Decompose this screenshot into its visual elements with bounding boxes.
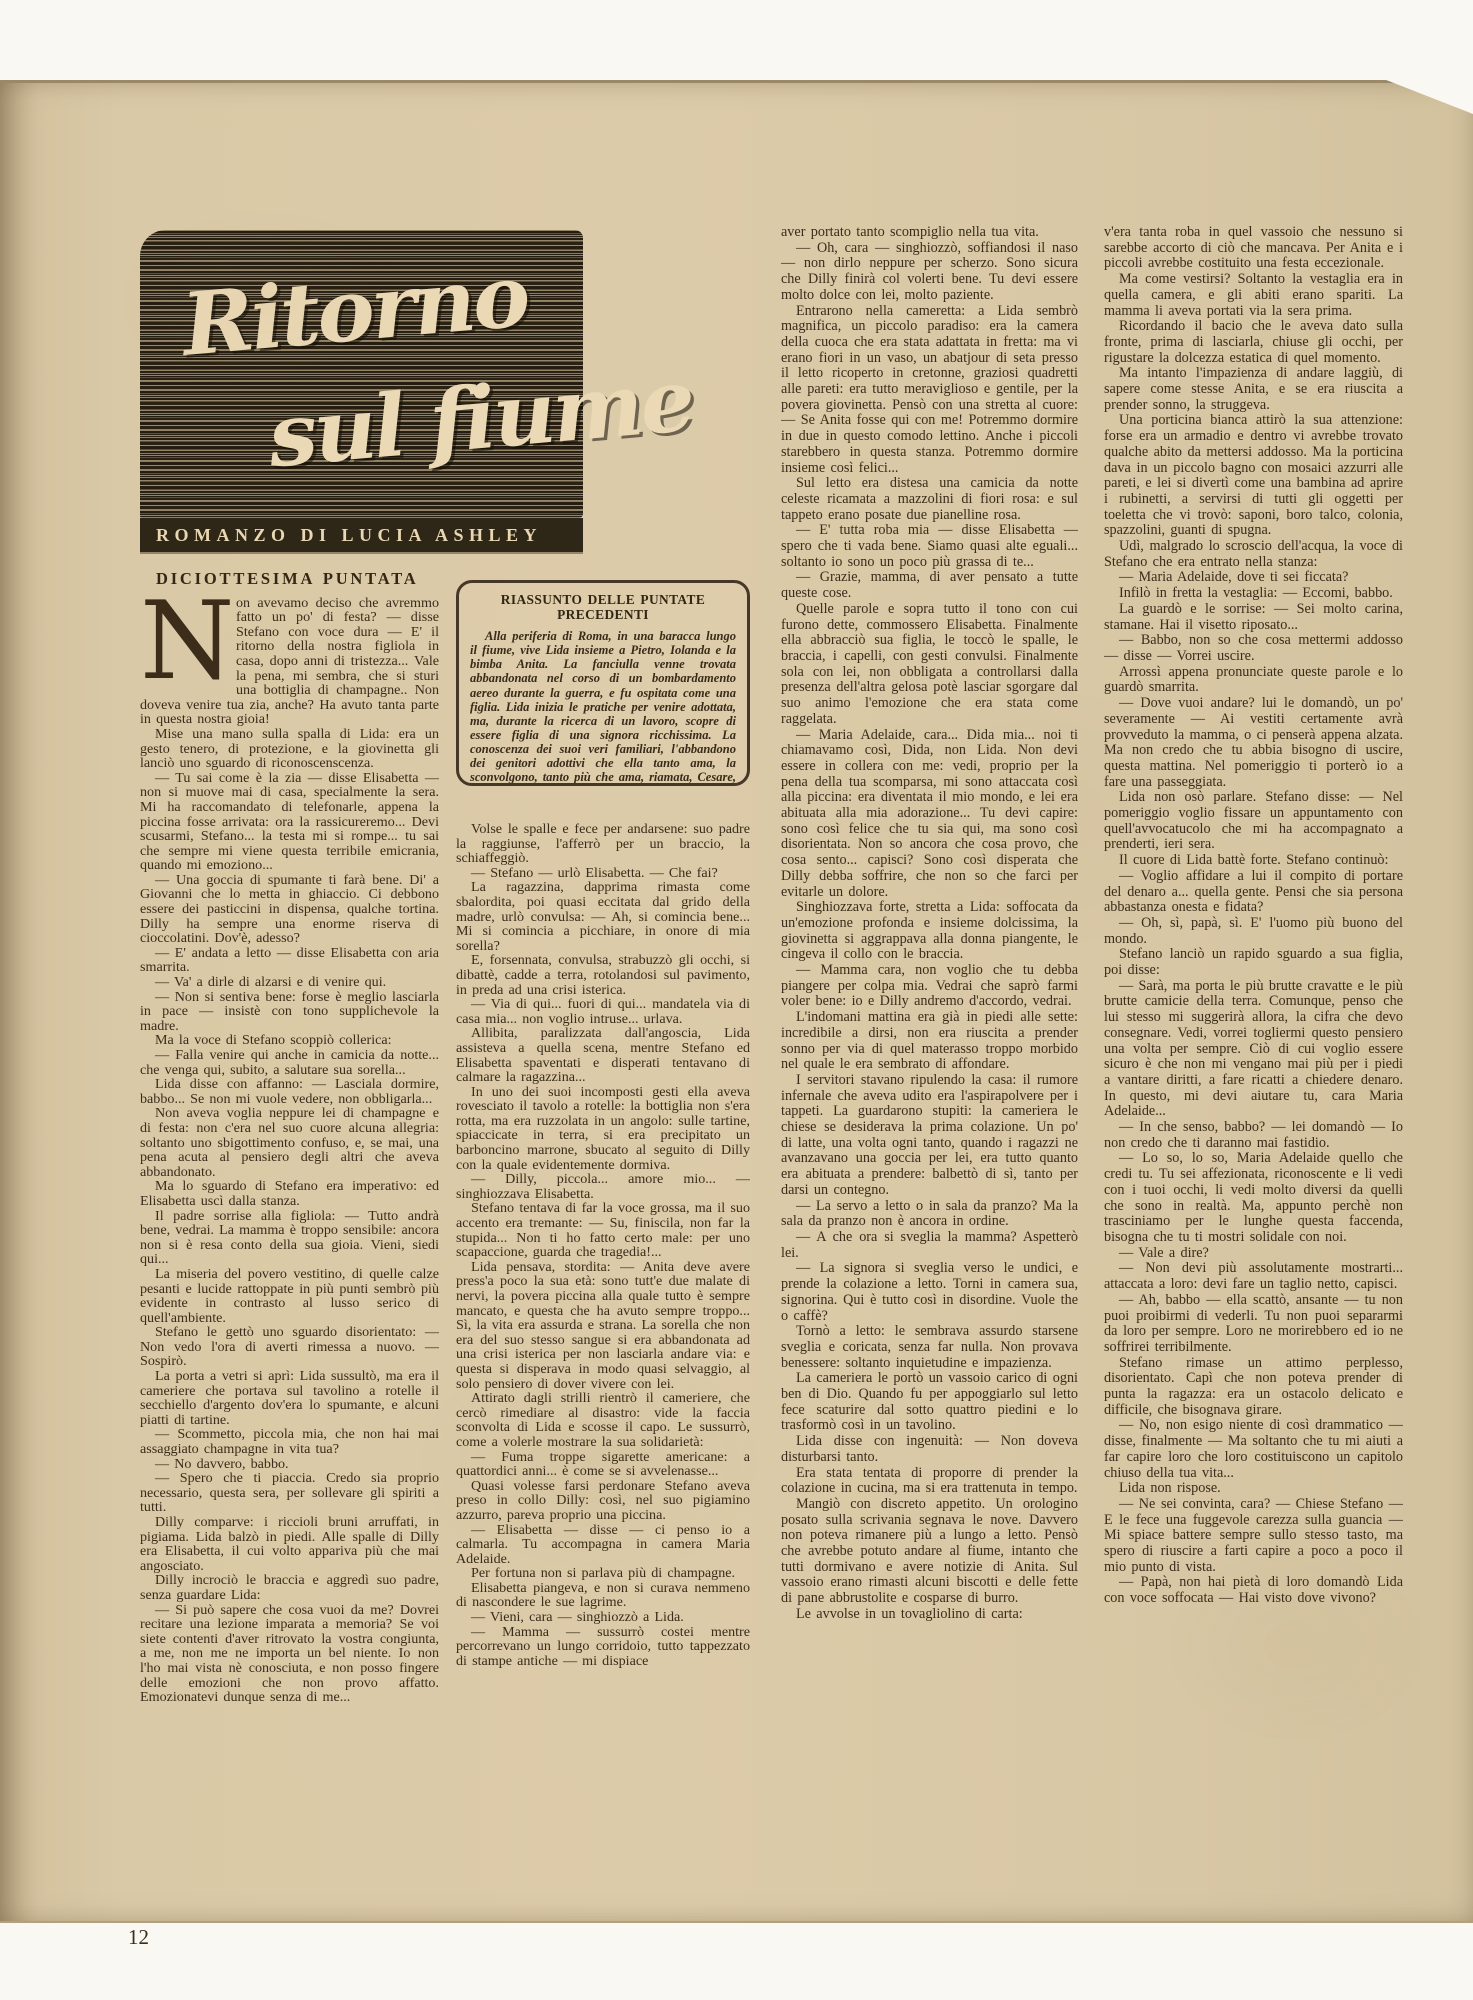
body-paragraph: Quelle parole e sopra tutto il tono con … — [781, 602, 1078, 728]
text-column-3: aver portato tanto scompiglio nella tua … — [781, 225, 1078, 1919]
body-paragraph: — Scommetto, piccola mia, che non hai ma… — [140, 1427, 439, 1456]
body-paragraph: — Stefano — urlò Elisabetta. — Che fai? — [456, 866, 750, 881]
body-paragraph: — No, non esigo niente di così drammatic… — [1104, 1418, 1403, 1481]
body-paragraph: Stefano tentava di far la voce grossa, m… — [456, 1201, 750, 1259]
body-paragraph: Singhiozzava forte, stretta a Lida: soff… — [781, 900, 1078, 963]
body-paragraph: Allibita, paralizzata dall'angoscia, Lid… — [456, 1026, 750, 1084]
dropcap-initial: N — [140, 599, 228, 685]
text-column-1: DICIOTTESIMA PUNTATA Non avevamo deciso … — [140, 572, 439, 1920]
body-paragraph: Mise una mano sulla spalla di Lida: era … — [140, 727, 439, 771]
body-paragraph: La cameriera le portò un vassoio carico … — [781, 1371, 1078, 1434]
body-paragraph: Ma la voce di Stefano scoppiò collerica: — [140, 1033, 439, 1048]
body-paragraph: v'era tanta roba in quel vassoio che nes… — [1104, 225, 1403, 272]
body-paragraph: Volse le spalle e fece per andarsene: su… — [456, 822, 750, 866]
body-paragraph: — Babbo, non so che cosa mettermi addoss… — [1104, 633, 1403, 664]
body-paragraph: Dilly incrociò le braccia e aggredì suo … — [140, 1573, 439, 1602]
body-paragraph: Ma come vestirsi? Soltanto la vestaglia … — [1104, 272, 1403, 319]
body-paragraph: Lida non rispose. — [1104, 1481, 1403, 1497]
body-paragraph: — Una goccia di spumante ti farà bene. D… — [140, 873, 439, 946]
body-paragraph: — Mamma cara, non voglio che tu debba pi… — [781, 963, 1078, 1010]
body-paragraph: — Falla venire qui anche in camicia da n… — [140, 1048, 439, 1077]
body-paragraph: Le avvolse in un tovagliolino di carta: — [781, 1607, 1078, 1623]
body-paragraph: — E' andata a letto — disse Elisabetta c… — [140, 946, 439, 975]
opening-paragraph: Non avevamo deciso che avremmo fatto un … — [140, 596, 439, 727]
body-paragraph: Attirato dagli strilli rientrò il cameri… — [456, 1391, 750, 1449]
body-paragraph: Era stata tentata di proporre di prender… — [781, 1466, 1078, 1497]
body-paragraph: aver portato tanto scompiglio nella tua … — [781, 225, 1078, 241]
body-paragraph: — Vale a dire? — [1104, 1246, 1403, 1262]
text-column-2: RIASSUNTO DELLE PUNTATE PRECEDENTI Alla … — [456, 580, 750, 1920]
body-paragraph: Ma intanto l'impazienza di andare laggiù… — [1104, 366, 1403, 413]
body-paragraph: L'indomani mattina era già in piedi alle… — [781, 1010, 1078, 1073]
serial-title-line2: sul fiume — [264, 350, 696, 488]
byline-bar: ROMANZO DI LUCIA ASHLEY — [140, 518, 583, 552]
body-paragraph: Stefano rimase un attimo perplesso, diso… — [1104, 1356, 1403, 1419]
body-paragraph: Il cuore di Lida battè forte. Stefano co… — [1104, 853, 1403, 869]
serial-title-line1: Ritorno — [178, 245, 531, 376]
paragraph-list-3: aver portato tanto scompiglio nella tua … — [781, 225, 1078, 1623]
body-paragraph: E, forsennata, convulsa, strabuzzò gli o… — [456, 953, 750, 997]
body-paragraph: — In che senso, babbo? — lei domandò — I… — [1104, 1120, 1403, 1151]
body-paragraph: La miseria del povero vestitino, di quel… — [140, 1267, 439, 1325]
body-paragraph: Non aveva voglia neppure lei di champagn… — [140, 1106, 439, 1179]
body-paragraph: — Oh, cara — singhiozzò, soffiandosi il … — [781, 241, 1078, 304]
body-paragraph: Il padre sorrise alla figliola: — Tutto … — [140, 1209, 439, 1267]
body-paragraph: — Papà, non hai pietà di loro domandò Li… — [1104, 1575, 1403, 1606]
body-paragraph: La porta a vetri si aprì: Lida sussultò,… — [140, 1369, 439, 1427]
body-paragraph: — Voglio affidare a lui il compito di po… — [1104, 869, 1403, 916]
byline-text: ROMANZO DI LUCIA ASHLEY — [156, 525, 542, 546]
paragraph-list-1: Mise una mano sulla spalla di Lida: era … — [140, 727, 439, 1705]
body-paragraph: — Dove vuoi andare? lui le domandò, un p… — [1104, 696, 1403, 790]
body-paragraph: — Ne sei convinta, cara? — Chiese Stefan… — [1104, 1497, 1403, 1576]
body-paragraph: — A che ora si sveglia la mamma? Aspette… — [781, 1230, 1078, 1261]
body-paragraph: — Va' a dirle di alzarsi e di venire qui… — [140, 975, 439, 990]
body-paragraph: — Maria Adelaide, dove ti sei ficcata? — [1104, 570, 1403, 586]
body-paragraph: I servitori stavano ripulendo la casa: i… — [781, 1073, 1078, 1199]
body-paragraph: — Fuma troppe sigarette americane: a qua… — [456, 1450, 750, 1479]
body-paragraph: — Spero che ti piaccia. Credo sia propri… — [140, 1471, 439, 1515]
body-paragraph: — La signora si sveglia verso le undici,… — [781, 1261, 1078, 1324]
body-paragraph: — E' tutta roba mia — disse Elisabetta —… — [781, 523, 1078, 570]
body-paragraph: — Via di qui... fuori di qui... mandatel… — [456, 997, 750, 1026]
body-paragraph: Entrarono nella cameretta: a Lida sembrò… — [781, 304, 1078, 477]
body-paragraph: Dilly comparve: i riccioli bruni arruffa… — [140, 1515, 439, 1573]
body-paragraph: Ma lo sguardo di Stefano era imperativo:… — [140, 1179, 439, 1208]
body-paragraph: — Vieni, cara — singhiozzò a Lida. — [456, 1610, 750, 1625]
body-paragraph: — Tu sai come è la zia — disse Elisabett… — [140, 771, 439, 873]
body-paragraph: In uno dei suoi incomposti gesti ella av… — [456, 1085, 750, 1173]
body-paragraph: — Elisabetta — disse — ci penso io a cal… — [456, 1523, 750, 1567]
body-paragraph: Infilò in fretta la vestaglia: — Eccomi,… — [1104, 586, 1403, 602]
body-paragraph: — Non devi più assolutamente mostrarti..… — [1104, 1261, 1403, 1292]
summary-box-body: Alla periferia di Roma, in una baracca l… — [470, 629, 736, 786]
body-paragraph: Lida disse con ingenuità: — Non doveva d… — [781, 1434, 1078, 1465]
serial-title-art: Ritorno sul fiume — [140, 230, 583, 518]
body-paragraph: Sul letto era distesa una camicia da not… — [781, 476, 1078, 523]
body-paragraph: — Si può sapere che cosa vuoi da me? Dov… — [140, 1603, 439, 1705]
body-paragraph: Per fortuna non si parlava più di champa… — [456, 1566, 750, 1581]
body-paragraph: Ricordando il bacio che le aveva dato su… — [1104, 319, 1403, 366]
summary-box-title: RIASSUNTO DELLE PUNTATE PRECEDENTI — [470, 593, 736, 622]
body-paragraph: — Mamma — sussurrò costei mentre percorr… — [456, 1625, 750, 1669]
page-number: 12 — [128, 1925, 149, 1950]
body-paragraph: — Non si sentiva bene: forse è meglio la… — [140, 990, 439, 1034]
body-paragraph: Lida non osò parlare. Stefano disse: — N… — [1104, 790, 1403, 853]
body-paragraph: Lida pensava, stordita: — Anita deve ave… — [456, 1260, 750, 1391]
body-paragraph: Quasi volesse farsi perdonare Stefano av… — [456, 1479, 750, 1523]
installment-heading: DICIOTTESIMA PUNTATA — [156, 572, 439, 587]
body-paragraph: — Sarà, ma porta le più brutte cravatte … — [1104, 979, 1403, 1120]
body-paragraph: Tornò a letto: le sembrava assurdo stars… — [781, 1324, 1078, 1371]
body-paragraph: — Oh, sì, papà, sì. E' l'uomo più buono … — [1104, 916, 1403, 947]
paragraph-list-4: v'era tanta roba in quel vassoio che nes… — [1104, 225, 1403, 1607]
body-paragraph: — No davvero, babbo. — [140, 1457, 439, 1472]
scanned-magazine-page: Ritorno sul fiume ROMANZO DI LUCIA ASHLE… — [0, 0, 1473, 2000]
body-paragraph: — La servo a letto o in sala da pranzo? … — [781, 1199, 1078, 1230]
body-paragraph: La ragazzina, dapprima rimasta come sbal… — [456, 880, 750, 953]
paragraph-list-2: Volse le spalle e fece per andarsene: su… — [456, 822, 750, 1668]
body-paragraph: Stefano lanciò un rapido sguardo a sua f… — [1104, 947, 1403, 978]
body-paragraph: — Ah, babbo — ella scattò, ansante — tu … — [1104, 1293, 1403, 1356]
body-paragraph: Stefano le gettò uno sguardo disorientat… — [140, 1325, 439, 1369]
body-paragraph: — Lo so, lo so, Maria Adelaide quello ch… — [1104, 1151, 1403, 1245]
body-paragraph: — Grazie, mamma, di aver pensato a tutte… — [781, 570, 1078, 601]
body-paragraph: La guardò e le sorrise: — Sei molto cari… — [1104, 602, 1403, 633]
body-paragraph: Udì, malgrado lo scroscio dell'acqua, la… — [1104, 539, 1403, 570]
page-paper: Ritorno sul fiume ROMANZO DI LUCIA ASHLE… — [0, 80, 1473, 1923]
body-paragraph: — Dilly, piccola... amore mio... — singh… — [456, 1172, 750, 1201]
body-paragraph: Una porticina bianca attirò la sua atten… — [1104, 413, 1403, 539]
body-paragraph: — Maria Adelaide, cara... Dida mia... no… — [781, 728, 1078, 901]
body-paragraph: Elisabetta piangeva, e non si curava nem… — [456, 1581, 750, 1610]
summary-box: RIASSUNTO DELLE PUNTATE PRECEDENTI Alla … — [456, 580, 750, 786]
body-paragraph: Lida disse con affanno: — Lasciala dormi… — [140, 1077, 439, 1106]
body-paragraph: Mangiò con discreto appetito. Un orologi… — [781, 1497, 1078, 1607]
text-column-4: v'era tanta roba in quel vassoio che nes… — [1104, 225, 1403, 1919]
body-paragraph: Arrossì appena pronunciate queste parole… — [1104, 665, 1403, 696]
